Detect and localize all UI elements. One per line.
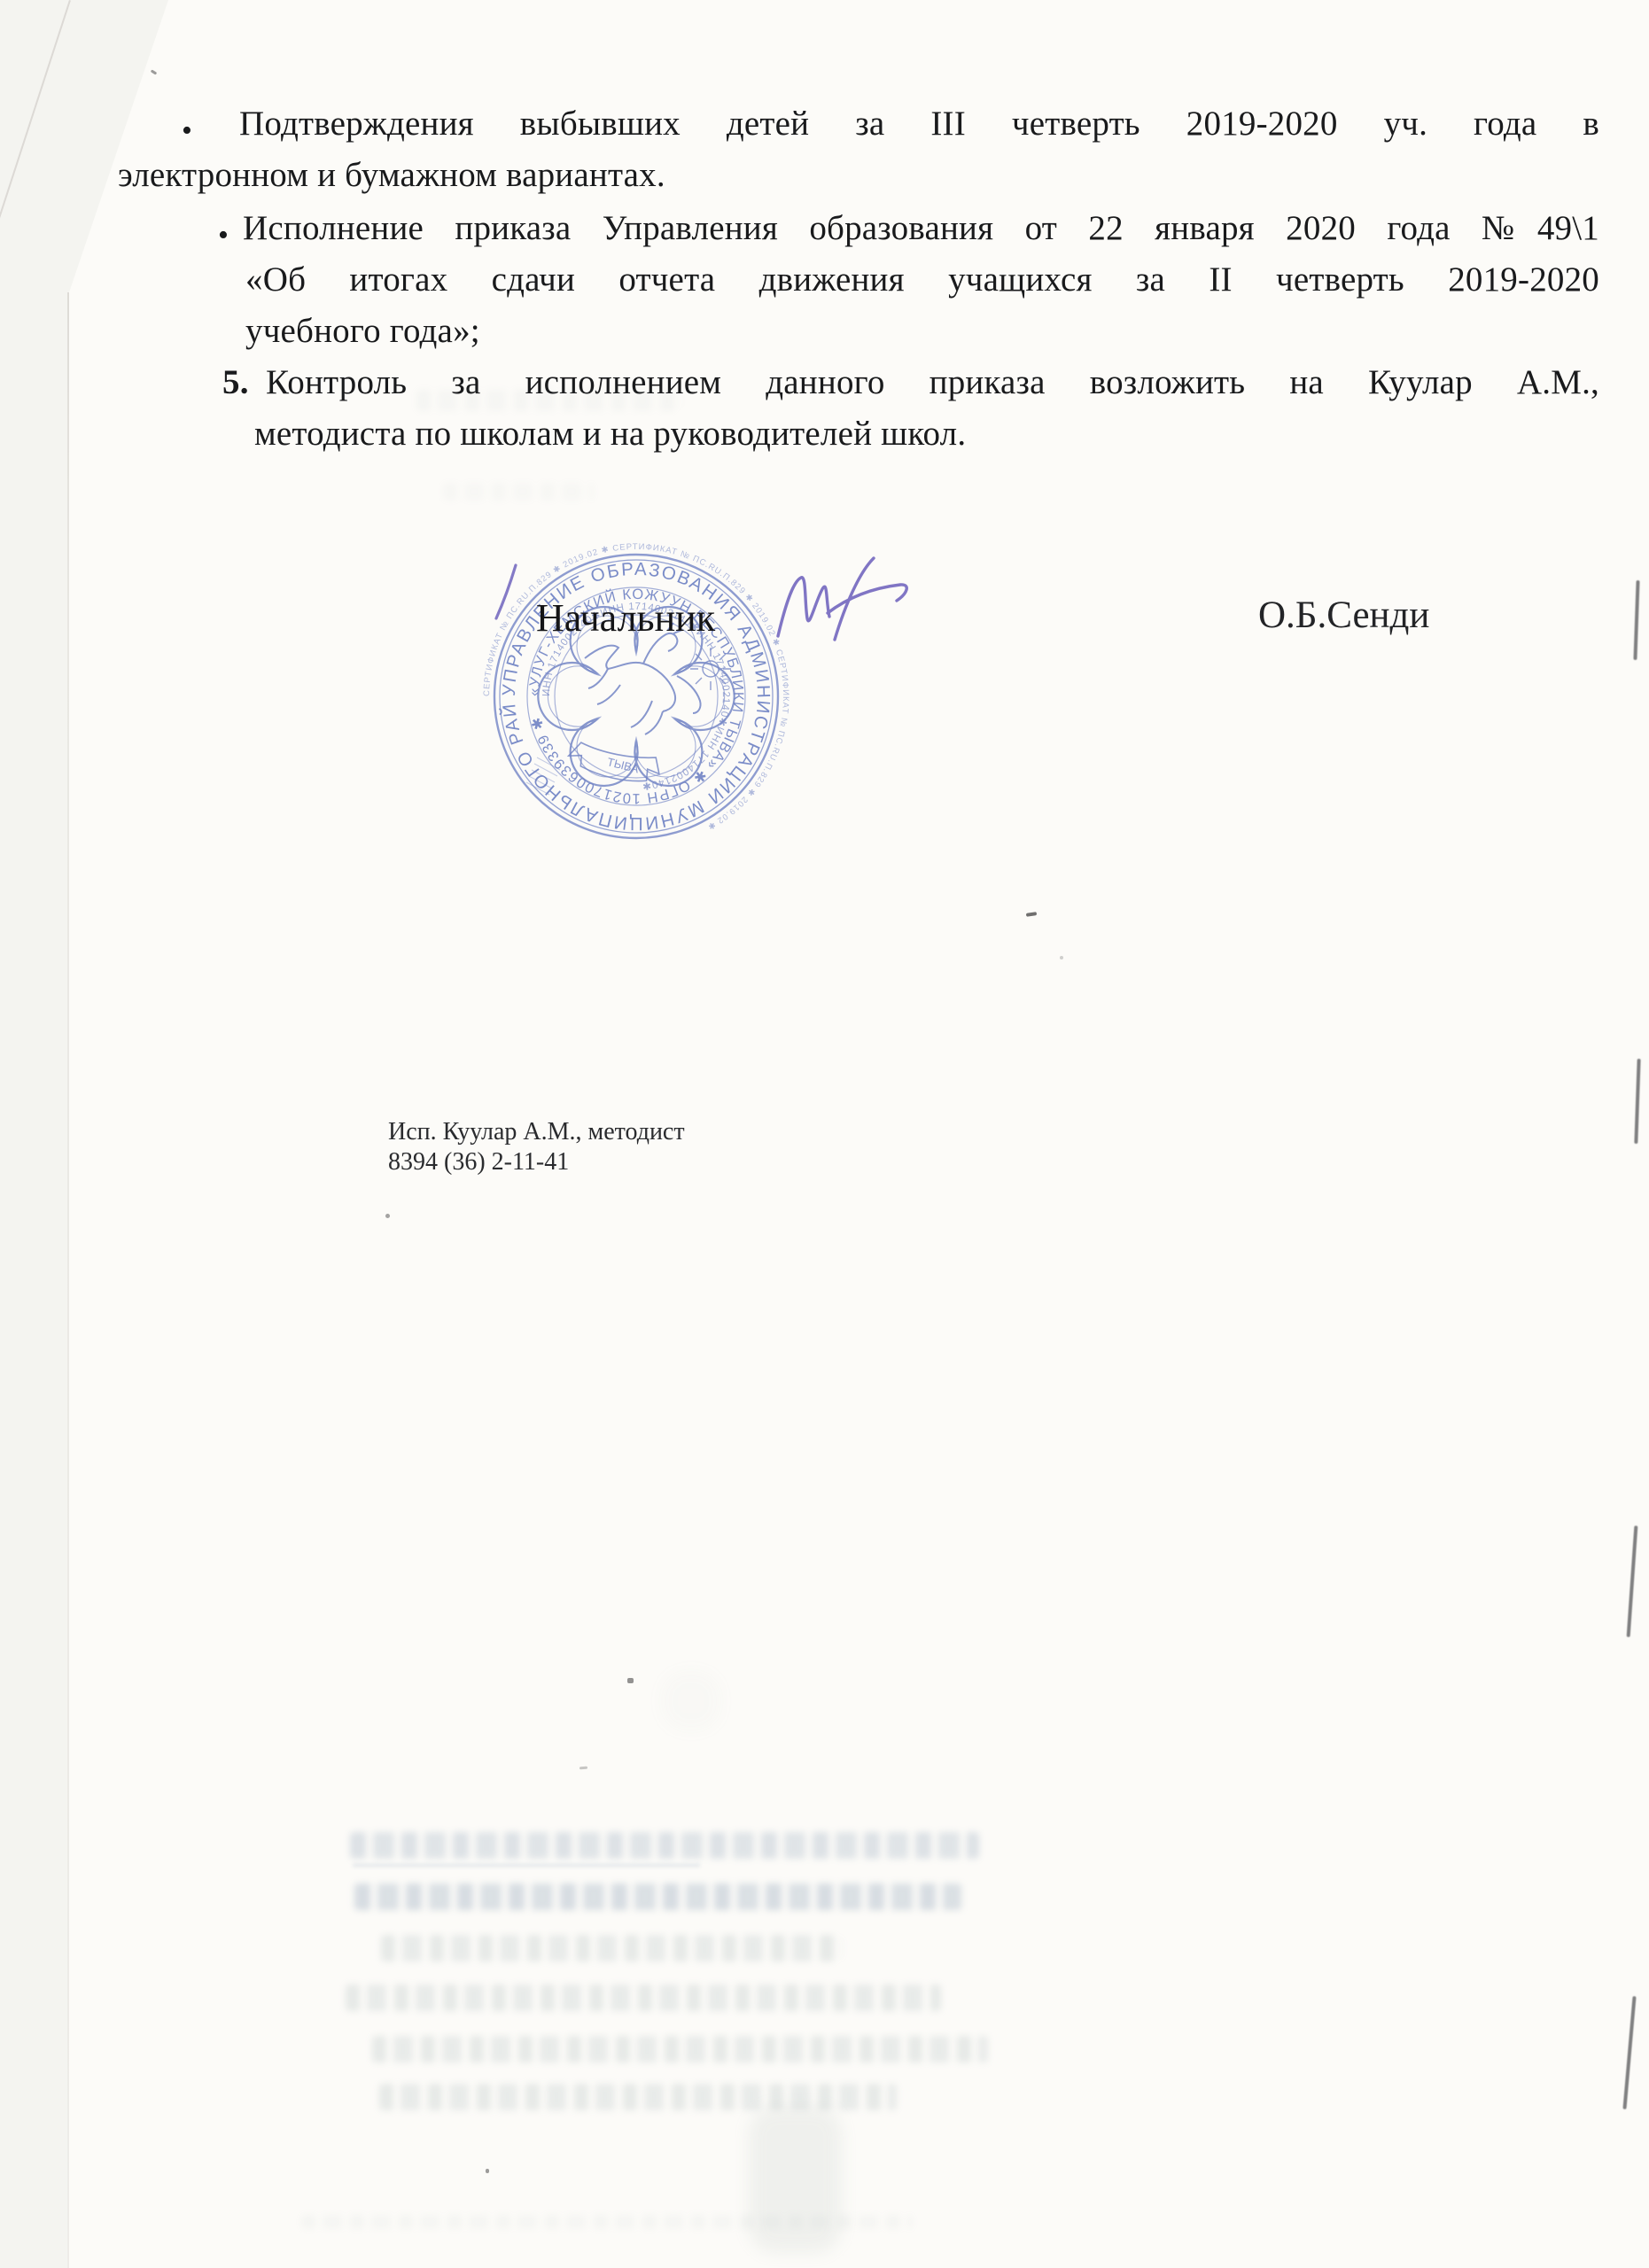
scan-speck bbox=[486, 2169, 489, 2173]
bleedthrough-smudge bbox=[443, 483, 594, 501]
bleedthrough-line bbox=[350, 1832, 979, 1859]
bleedthrough-line bbox=[372, 2036, 988, 2062]
order-item5-line2: методиста по школам и на руководителей ш… bbox=[254, 413, 966, 455]
bleedthrough-line bbox=[381, 1935, 842, 1961]
signature-signer-name: О.Б.Сенди bbox=[1258, 594, 1429, 637]
scanned-document-page: • Подтверждения выбывших детей за III че… bbox=[0, 0, 1649, 2268]
executor-phone: 8394 (36) 2-11-41 bbox=[388, 1148, 569, 1177]
bleedthrough-smudge bbox=[416, 390, 682, 411]
bullet-marker-2: • bbox=[218, 214, 229, 257]
bleedthrough-line bbox=[301, 2215, 913, 2229]
order-item5-number: 5. bbox=[222, 361, 249, 404]
edge-binding-mark bbox=[1627, 1526, 1638, 1637]
edge-binding-mark bbox=[1634, 1059, 1640, 1144]
bleedthrough-line bbox=[346, 1984, 941, 2011]
scan-speck bbox=[579, 1767, 587, 1770]
pen-stroke-icon bbox=[486, 558, 539, 629]
scan-speck bbox=[1026, 912, 1037, 917]
page-left-crease-line bbox=[67, 292, 69, 2268]
signature-position-title: Начальник bbox=[536, 595, 715, 641]
stamp-sun-icon bbox=[690, 648, 731, 690]
page-left-scan-shadow bbox=[0, 0, 177, 2268]
bleedthrough-underline bbox=[353, 1864, 700, 1867]
scan-speck bbox=[385, 1214, 390, 1218]
order-item4-sub2-line2: «Об итогах сдачи отчета движения учащихс… bbox=[245, 259, 1599, 301]
order-item4-sub2-line3: учебного года»; bbox=[245, 310, 480, 353]
scan-speck bbox=[151, 69, 158, 74]
order-item4-sub1-line2: электронном и бумажном вариантах. bbox=[118, 154, 665, 197]
scan-speck bbox=[1060, 956, 1063, 959]
scan-speck bbox=[627, 1678, 634, 1683]
handwritten-signature-icon bbox=[764, 548, 932, 672]
order-item4-sub1-line1: Подтверждения выбывших детей за III четв… bbox=[239, 103, 1599, 145]
order-item4-sub2-line1: Исполнение приказа Управления образовани… bbox=[243, 207, 1599, 250]
bleedthrough-line bbox=[354, 1884, 961, 1910]
bleedthrough-blob bbox=[749, 2107, 842, 2253]
bullet-marker-1: • bbox=[182, 110, 192, 152]
edge-binding-mark bbox=[1633, 580, 1639, 660]
scan-smudge bbox=[660, 1670, 722, 1732]
edge-binding-mark bbox=[1622, 1996, 1636, 2109]
executor-line: Исп. Куулар А.М., методист bbox=[388, 1118, 685, 1146]
